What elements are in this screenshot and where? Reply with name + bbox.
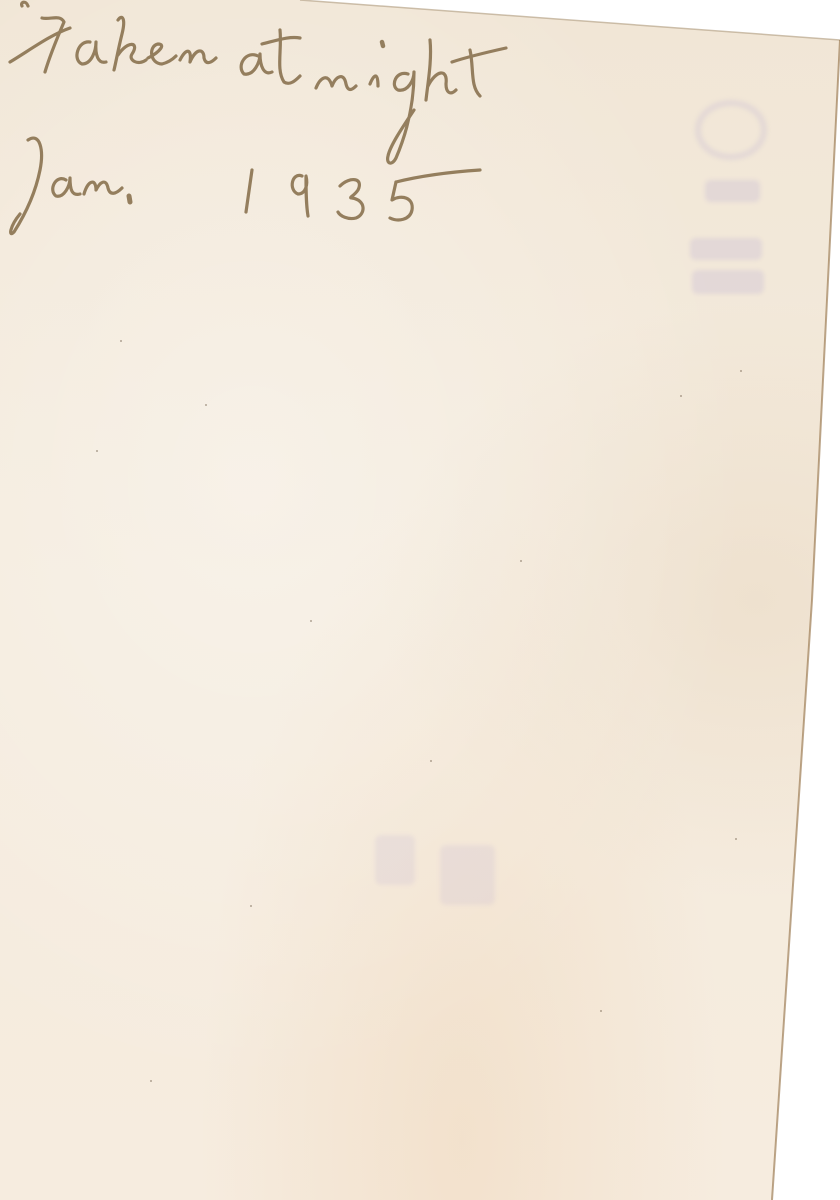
paper-speck (310, 620, 312, 622)
paper-speck (735, 838, 737, 840)
paper-speck (205, 404, 207, 406)
paper-speck (250, 905, 252, 907)
scan-canvas: Taken at night Jan. 1935 (0, 0, 840, 1200)
handwriting-line-1 (10, 2, 506, 163)
paper-speck (96, 450, 98, 452)
paper-speck (740, 370, 742, 372)
handwritten-inscription (0, 0, 700, 250)
handwriting-line-2 (11, 138, 480, 234)
paper-speck (600, 1010, 602, 1012)
paper-speck (430, 760, 432, 762)
photo-card-back: Taken at night Jan. 1935 (0, 0, 840, 1200)
paper-speck (150, 1080, 152, 1082)
paper-speck (680, 395, 682, 397)
paper-speck (120, 340, 122, 342)
paper-speck (520, 560, 522, 562)
